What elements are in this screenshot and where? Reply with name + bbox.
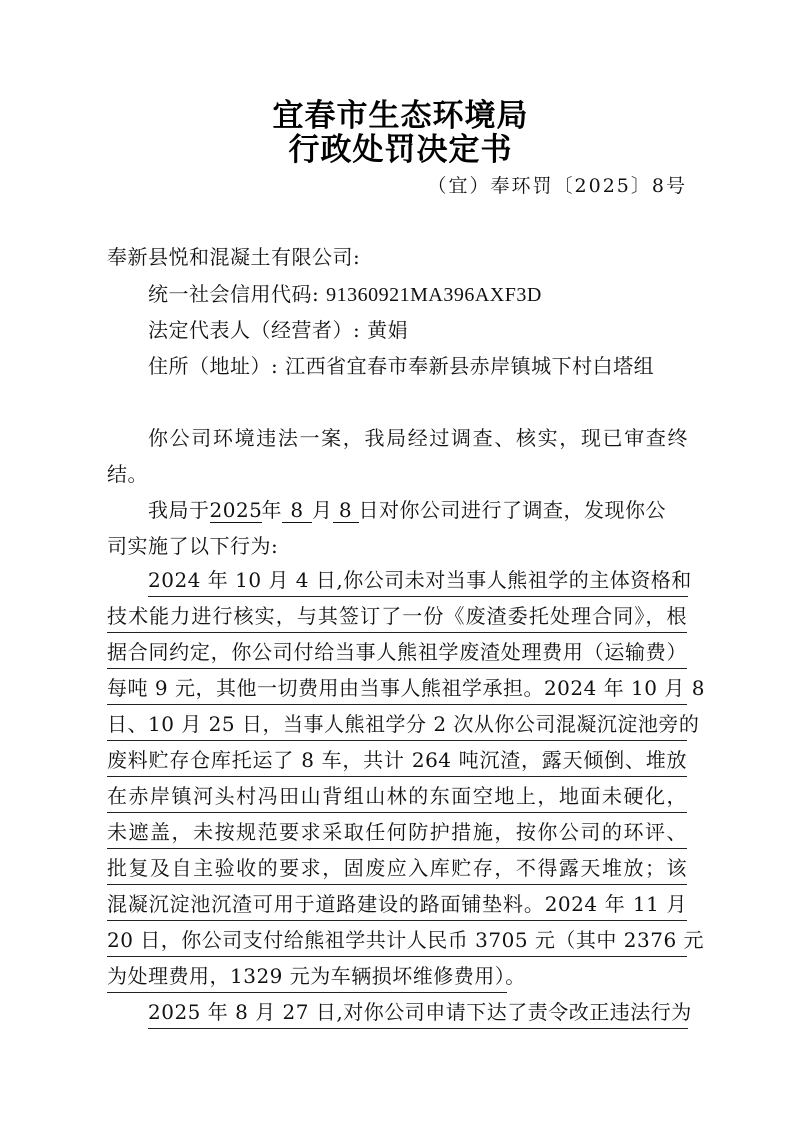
- credit-code-row: 统一社会信用代码: 91360921MA396AXF3D: [148, 280, 688, 309]
- day-suffix: 日对你公司进行了调查，发现你公: [359, 498, 667, 522]
- investigation-year: 2025: [210, 498, 262, 523]
- year-suffix: 年: [262, 498, 283, 522]
- facts-line: 据合同约定，你公司付给当事人熊祖学废渣处理费用（运输费）: [107, 638, 687, 669]
- address-value: 江西省宜春市奉新县赤岸镇城下村白塔组: [285, 354, 654, 378]
- intro-paragraph-line-2: 结。: [107, 460, 687, 488]
- party-name: 奉新县悦和混凝土有限公司:: [107, 243, 687, 271]
- facts-line: 废料贮存仓库托运了 8 车，共计 264 吨沉渣，露天倾倒、堆放: [107, 746, 687, 777]
- order-paragraph-line: 2025 年 8 月 27 日,对你公司申请下达了责令改正违法行为: [148, 998, 688, 1029]
- address-row: 住所（地址）: 江西省宜春市奉新县赤岸镇城下村白塔组: [148, 352, 688, 380]
- legal-rep-label: 法定代表人（经营者）:: [148, 318, 360, 342]
- document-type-title: 行政处罚决定书: [4, 132, 793, 168]
- legal-representative-row: 法定代表人（经营者）: 黄娟: [148, 316, 688, 344]
- facts-line: 日、10 月 25 日，当事人熊祖学分 2 次从你公司混凝沉淀池旁的: [107, 710, 687, 741]
- facts-line: 批复及自主验收的要求，固废应入库贮存，不得露天堆放；该: [107, 854, 687, 885]
- investigation-prefix: 我局于: [148, 498, 210, 522]
- credit-code-value: 91360921MA396AXF3D: [326, 284, 542, 306]
- month-suffix: 月: [312, 498, 333, 522]
- facts-line: 每吨 9 元，其他一切费用由当事人熊祖学承担。2024 年 10 月 8: [107, 674, 687, 705]
- issuing-authority-title: 宜春市生态环境局: [4, 98, 793, 134]
- facts-line: 技术能力进行核实，与其签订了一份《废渣委托处理合同》，根: [107, 602, 687, 633]
- facts-line: 为处理费用，1329 元为车辆损坏维修费用）。: [107, 962, 507, 993]
- facts-line: 未遮盖，未按规范要求采取任何防护措施，按你公司的环评、: [107, 818, 687, 849]
- intro-paragraph-line-1: 你公司环境违法一案，我局经过调查、核实，现已审查终: [148, 424, 688, 452]
- facts-line: 20 日，你公司支付给熊祖学共计人民币 3705 元（其中 2376 元: [107, 926, 687, 957]
- investigation-line-1: 我局于2025年8月8日对你公司进行了调查，发现你公: [148, 496, 688, 524]
- investigation-month: 8: [282, 498, 312, 523]
- legal-rep-value: 黄娟: [367, 318, 408, 342]
- facts-line: 2024 年 10 月 4 日,你公司未对当事人熊祖学的主体资格和: [148, 566, 688, 597]
- address-label: 住所（地址）:: [148, 354, 278, 378]
- document-number: （宜）奉环罚〔2025〕8号: [428, 173, 687, 199]
- facts-line: 在赤岸镇河头村冯田山背组山林的东面空地上，地面未硬化，: [107, 782, 687, 813]
- facts-line: 混凝沉淀池沉渣可用于道路建设的路面铺垫料。2024 年 11 月: [107, 890, 687, 921]
- investigation-line-2: 司实施了以下行为:: [107, 532, 687, 560]
- credit-code-label: 统一社会信用代码:: [148, 282, 319, 306]
- investigation-day: 8: [333, 498, 359, 523]
